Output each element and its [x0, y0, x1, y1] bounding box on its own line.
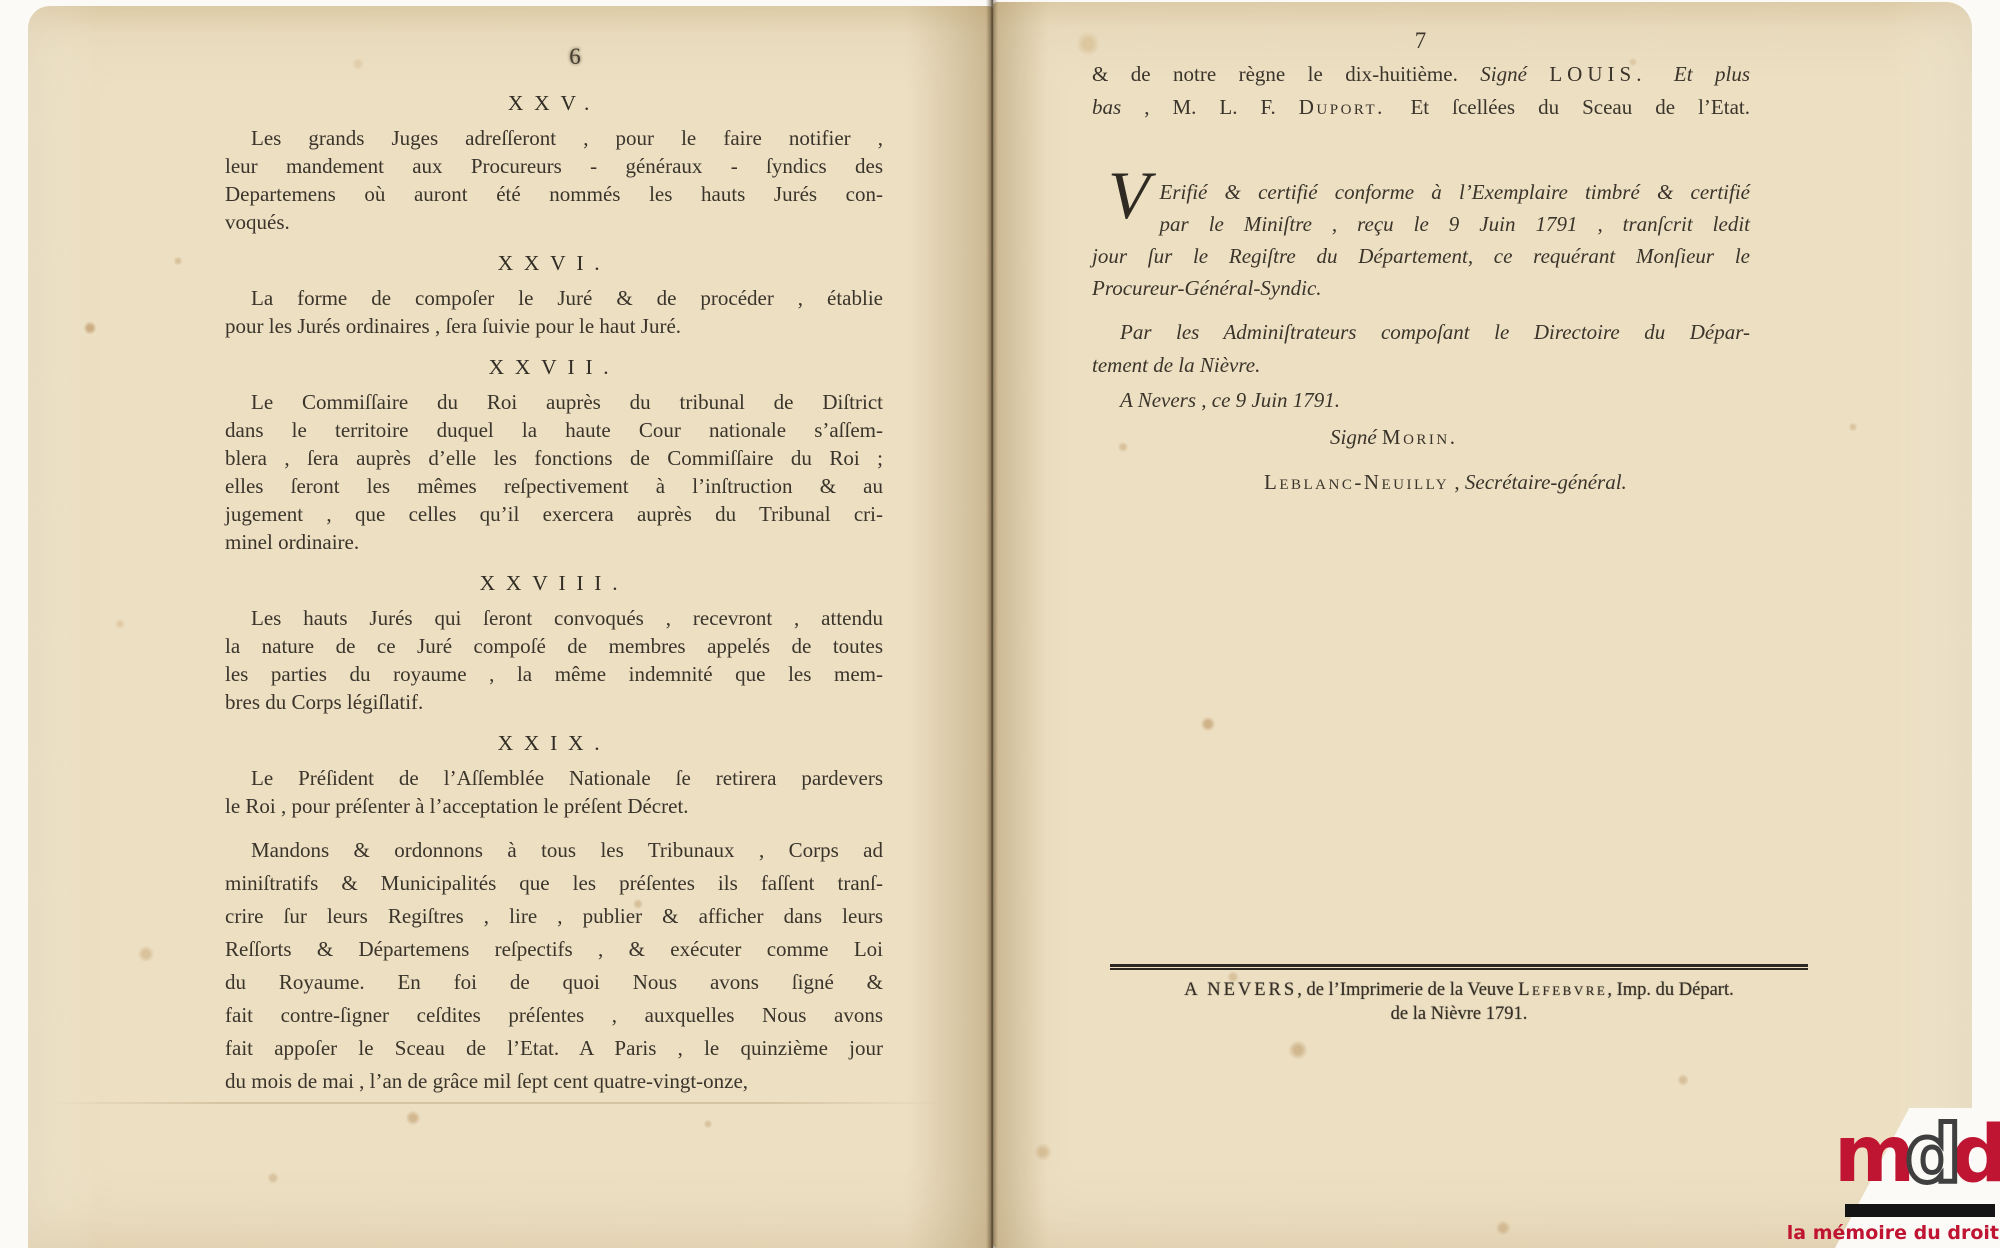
imprint-line-1: A NEVERS, de l’Imprimerie de la Veuve Le… [1110, 978, 1808, 1002]
text-line: du Royaume. En foi de quoi Nous avons ſi… [225, 966, 883, 999]
text-segment: bas [1092, 95, 1144, 119]
text-line: le Roi , pour préſenter à l’acceptation … [225, 792, 883, 820]
text-line: par le Miniſtre , reçu le 9 Juin 1791 , … [1092, 208, 1750, 240]
text-line: miniſtratifs & Municipalités que les pré… [225, 867, 883, 900]
text-line: tement de la Nièvre. [1092, 349, 1750, 382]
text-line: pour les Jurés ordinaires , ſera ſuivie … [225, 312, 883, 340]
text-line: blera , ſera auprès d’elle les fonctions… [225, 444, 883, 472]
left-page-text-column: XXV. Les grands Juges adreſſeront , pour… [225, 88, 883, 1098]
closing-paragraph: Mandons & ordonnons à tous les Tribunaux… [225, 834, 883, 1098]
text-segment: Lefebvre [1518, 980, 1607, 1000]
text-line: Departemens où auront été nommés les hau… [225, 180, 883, 208]
text-segment: Duport. [1299, 95, 1411, 119]
paragraph-xxv: Les grands Juges adreſſeront , pour le f… [225, 124, 883, 236]
mdd-logo-caption: la mémoire du droit [1787, 1222, 1999, 1244]
text-segment: Signé [1330, 425, 1382, 449]
text-line: fait appoſer le Sceau de l’Etat. A Paris… [225, 1032, 883, 1065]
text-line: Reſſorts & Départemens reſpectifs , & ex… [225, 933, 883, 966]
text-segment: A NEVERS [1184, 980, 1297, 1000]
right-page-number: 7 [1092, 24, 1750, 54]
text-line: Erifié & certifié conforme à l’Exemplair… [1092, 176, 1750, 208]
text-line: crire ſur leurs Regiſtres , lire , publi… [225, 900, 883, 933]
certification-paragraph: V Erifié & certifié conforme à l’Exempla… [1092, 176, 1750, 304]
certification-lines: Erifié & certifié conforme à l’Exemplair… [1092, 176, 1750, 304]
text-segment: , M. L. F. [1144, 95, 1299, 119]
text-line: fait contre-ſigner ceſdites préſentes , … [225, 999, 883, 1032]
section-heading-xxv: XXV. [225, 88, 883, 118]
document-scan: 6 XXV. Les grands Juges adreſſeront , po… [0, 0, 2000, 1248]
imprint-rule [1110, 964, 1808, 971]
signature-leblanc-neuilly: Leblanc-Neuilly , Secrétaire-général. [1092, 466, 1750, 499]
text-line: du mois de mai , l’an de grâce mil ſept … [225, 1065, 883, 1098]
text-line: jour ſur le Regiſtre du Département, ce … [1092, 240, 1750, 272]
text-line: voqués. [225, 208, 883, 236]
continuation-paragraph: & de notre règne le dix-huitième. Signé … [1092, 58, 1750, 124]
text-line: les parties du royaume , la même indemni… [225, 660, 883, 688]
text-line: bas , M. L. F. Duport. Et ſcellées du Sc… [1092, 91, 1750, 124]
text-segment: Et plus [1674, 62, 1750, 86]
text-segment: d [1951, 1110, 1997, 1200]
left-page-number: 6 [535, 44, 615, 70]
imprint-line-2: de la Nièvre 1791. [1110, 1002, 1808, 1026]
signature-morin: Signé Morin. [1092, 421, 1750, 454]
text-segment: Signé [1480, 62, 1549, 86]
printer-imprint: A NEVERS, de l’Imprimerie de la Veuve Le… [1110, 964, 1808, 1026]
date-line: A Nevers , ce 9 Juin 1791. [1092, 384, 1750, 417]
section-heading-xxvi: XXVI. [225, 248, 883, 278]
section-heading-xxix: XXIX. [225, 728, 883, 758]
text-line: Mandons & ordonnons à tous les Tribunaux… [225, 834, 883, 867]
text-segment: LOUIS. [1549, 62, 1674, 86]
administrators-paragraph: Par les Adminiſtrateurs compoſant le Dir… [1092, 316, 1750, 382]
paper-crease [45, 1102, 945, 1104]
text-line: Procureur-Général-Syndic. [1092, 272, 1750, 304]
text-line: Par les Adminiſtrateurs compoſant le Dir… [1092, 316, 1750, 349]
text-segment: d [1905, 1110, 1951, 1200]
text-segment: , [1449, 470, 1465, 494]
drop-cap: V [1108, 180, 1150, 214]
text-line: elles ſeront les mêmes reſpectivement à … [225, 472, 883, 500]
text-line: Les hauts Jurés qui ſeront convoqués , r… [225, 604, 883, 632]
text-segment: Leblanc-Neuilly [1264, 470, 1449, 494]
text-line: dans le territoire duquel la haute Cour … [225, 416, 883, 444]
text-line: Les grands Juges adreſſeront , pour le f… [225, 124, 883, 152]
mdd-logo-letters: mdd [1834, 1116, 1997, 1194]
text-segment: , Imp. du Départ. [1607, 980, 1733, 1000]
paragraph-xxviii: Les hauts Jurés qui ſeront convoqués , r… [225, 604, 883, 716]
text-segment: Morin. [1382, 425, 1458, 449]
paragraph-xxvii: Le Commiſſaire du Roi auprès du tribunal… [225, 388, 883, 556]
text-line: Le Commiſſaire du Roi auprès du tribunal… [225, 388, 883, 416]
text-line: bres du Corps légiſlatif. [225, 688, 883, 716]
text-segment: Et ſcellées du Sceau de l’Etat. [1410, 95, 1750, 119]
section-heading-xxviii: XXVIII. [225, 568, 883, 598]
text-segment: m [1834, 1110, 1905, 1200]
mdd-logo: mdd la mémoire du droit [1790, 1116, 2000, 1248]
text-segment: , de l’Imprimerie de la Veuve [1297, 980, 1518, 1000]
text-line: Le Préſident de l’Aſſemblée Nationale ſe… [225, 764, 883, 792]
text-line: la nature de ce Juré compoſé de membres … [225, 632, 883, 660]
section-heading-xxvii: XXVII. [225, 352, 883, 382]
text-segment: Secrétaire-général. [1465, 470, 1627, 494]
right-page-text-column: 7 & de notre règne le dix-huitième. Sign… [1092, 24, 1750, 499]
text-line: jugement , que celles qu’il exercera aup… [225, 500, 883, 528]
text-line: La forme de compoſer le Juré & de procéd… [225, 284, 883, 312]
paragraph-xxix: Le Préſident de l’Aſſemblée Nationale ſe… [225, 764, 883, 820]
text-line: & de notre règne le dix-huitième. Signé … [1092, 58, 1750, 91]
paragraph-xxvi: La forme de compoſer le Juré & de procéd… [225, 284, 883, 340]
text-line: leur mandement aux Procureurs - généraux… [225, 152, 883, 180]
mdd-logo-bar [1845, 1204, 1995, 1217]
text-line: minel ordinaire. [225, 528, 883, 556]
text-segment: & de notre règne le dix-huitième. [1092, 62, 1480, 86]
page-gutter-fold [986, 0, 998, 1248]
